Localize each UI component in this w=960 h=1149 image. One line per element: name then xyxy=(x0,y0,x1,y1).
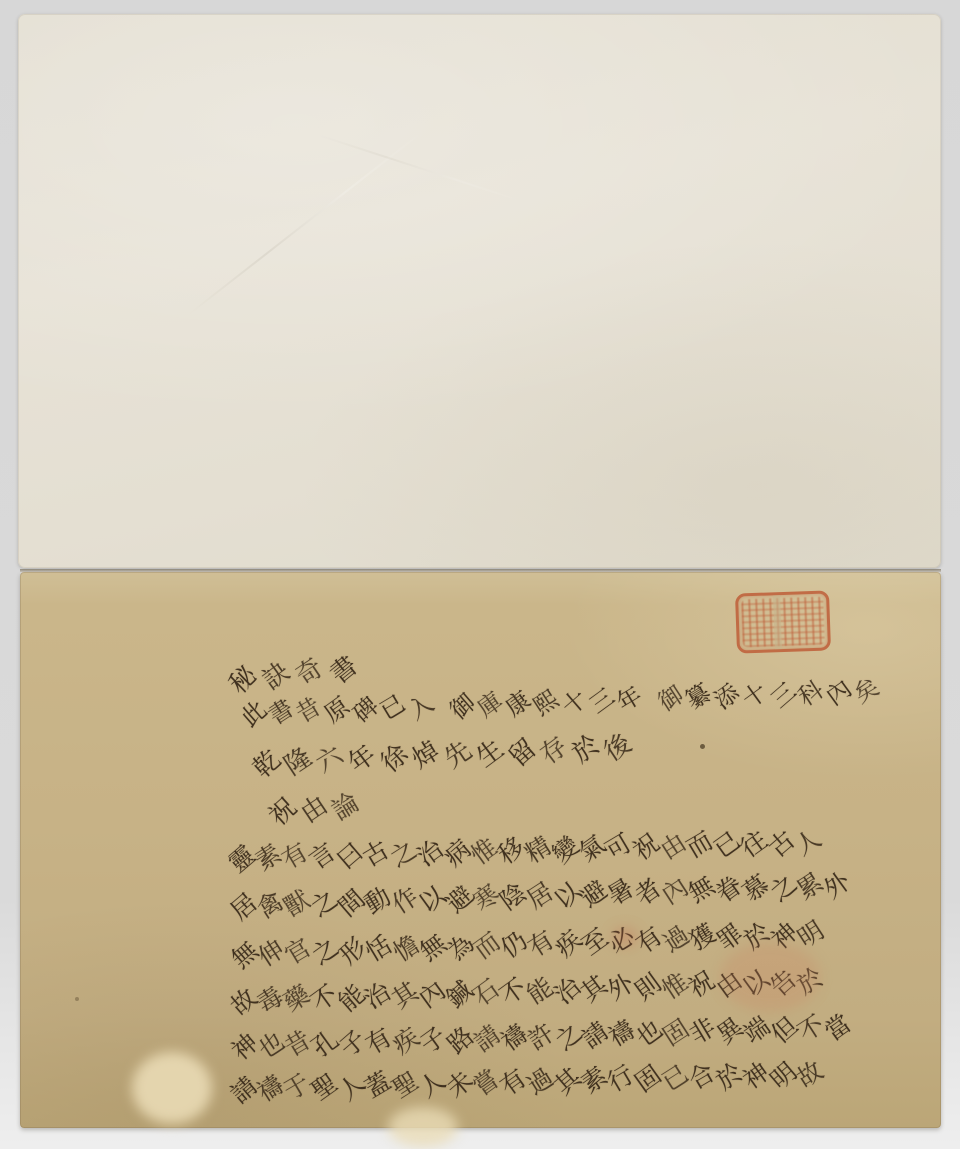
body-line-1: 靈素有言曰古之治病惟移精變氣可祝由而已往古人 xyxy=(228,827,823,874)
manuscript-text-page: 秘訣奇書 此書昔原碑已入 御庫康熙十三年 御纂添十三科內矣 乾隆六年徐焯先生留存… xyxy=(20,572,941,1128)
worn-paper-stain xyxy=(388,1107,458,1147)
body-line-5: 神也昔孔子有疾子路請禱許之請禱也固非異端但不當 xyxy=(231,1012,853,1062)
title-line: 秘訣奇書 xyxy=(227,652,365,694)
body-line-2: 居禽獸之間動作以避寒陰居以避暑者內無眷慕之累外 xyxy=(229,870,851,922)
reddish-stain xyxy=(612,927,638,947)
ink-speck xyxy=(700,744,705,749)
red-seal-stamp xyxy=(735,590,831,653)
seal-script-pattern xyxy=(741,597,825,648)
section-heading: 祝由論 xyxy=(267,791,364,826)
reddish-stain xyxy=(720,942,820,1012)
body-line-6: 請禱于聖人蓋聖人未嘗有過其素行固已合於神明故 xyxy=(230,1059,825,1105)
provenance-line-2: 乾隆六年徐焯先生留存於後 xyxy=(251,731,636,778)
blank-verso-page xyxy=(18,14,941,568)
worn-paper-stain xyxy=(132,1052,212,1124)
manuscript-scan: 秘訣奇書 此書昔原碑已入 御庫康熙十三年 御纂添十三科內矣 乾隆六年徐焯先生留存… xyxy=(0,0,960,1149)
ink-speck xyxy=(75,997,79,1001)
paper-crease xyxy=(318,134,528,204)
